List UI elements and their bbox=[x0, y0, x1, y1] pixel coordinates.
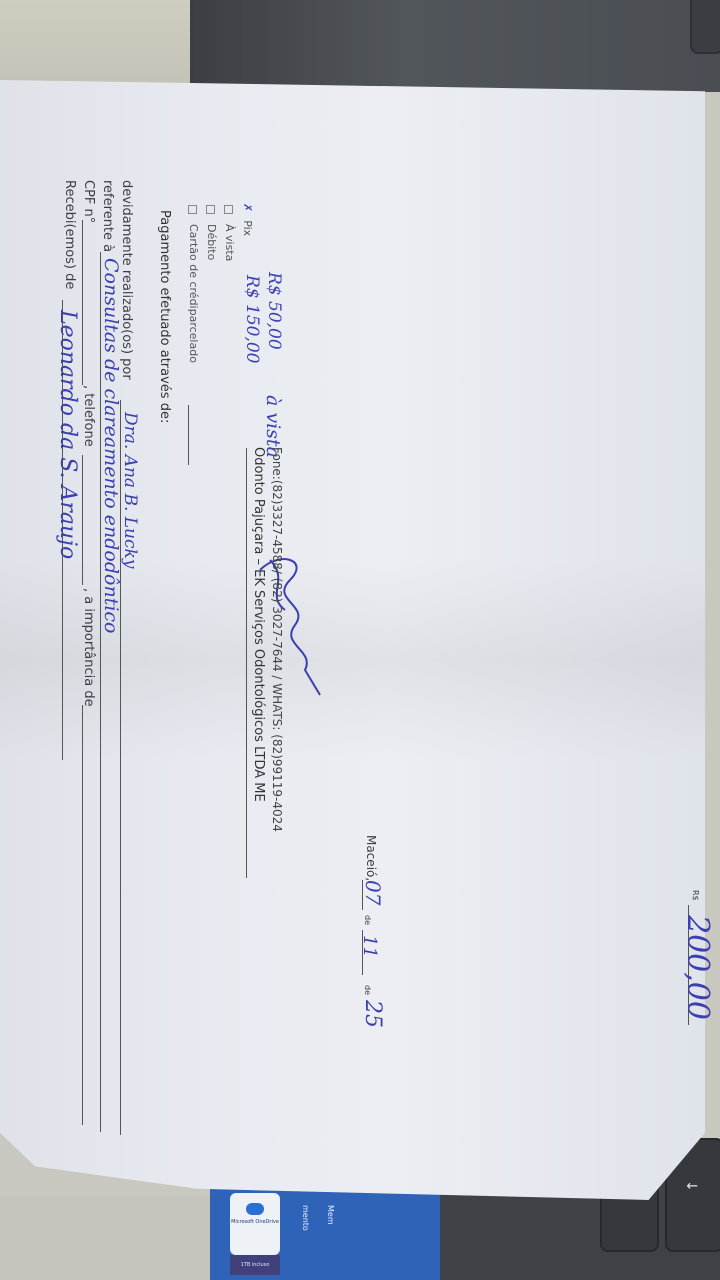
checkbox-debit[interactable] bbox=[207, 205, 216, 214]
company-name: Odonto Pajuçara – EK Serviços Odontológi… bbox=[251, 447, 266, 802]
keyboard-key bbox=[690, 0, 720, 54]
phone-label: , telefone bbox=[81, 385, 96, 447]
reference-label: referente à bbox=[100, 180, 115, 252]
card-text-2: Mem bbox=[326, 1205, 335, 1225]
payment-option-label: Cartão de crédiparcelado bbox=[187, 224, 200, 363]
date-day[interactable]: 07 bbox=[361, 880, 385, 905]
performed-by-value[interactable]: Dra. Ana B. Lucky bbox=[120, 412, 140, 568]
keyboard-top bbox=[190, 0, 720, 92]
cpf-line bbox=[82, 220, 83, 385]
signature-line bbox=[246, 448, 247, 878]
checkbox-credit[interactable] bbox=[189, 205, 198, 214]
card-text-1: mento bbox=[301, 1205, 310, 1231]
credit-installments-line bbox=[188, 405, 189, 465]
received-from-value[interactable]: Leonardo da S. Araujo bbox=[55, 310, 80, 559]
received-from-label: Recebi(emos) de bbox=[62, 180, 77, 289]
checkbox-cash[interactable] bbox=[225, 205, 234, 214]
payment-option-label: Débito bbox=[205, 224, 218, 260]
payment-heading: Pagamento efetuado através de: bbox=[157, 210, 172, 423]
cloud-icon bbox=[246, 1203, 264, 1215]
date-month[interactable]: 11 bbox=[359, 935, 380, 958]
company-phones: Fone:(82)3327-4588/ (82) 3027-7644 / WHA… bbox=[270, 447, 284, 832]
wall-background bbox=[0, 0, 200, 90]
amount-label: , a importância de bbox=[81, 588, 96, 707]
date-sep-1: de bbox=[363, 915, 372, 925]
date-year[interactable]: 25 bbox=[360, 1000, 385, 1028]
payment-option-label: À vista bbox=[223, 224, 236, 261]
checkbox-pix-checked-icon[interactable]: ✗ bbox=[241, 203, 254, 212]
amount-value[interactable]: 200,00 bbox=[680, 915, 715, 1020]
date-sep-2: de bbox=[363, 985, 372, 995]
payment-option-credit[interactable]: Cartão de crédiparcelado bbox=[187, 205, 200, 363]
onedrive-title: Microsoft OneDrive bbox=[231, 1219, 279, 1225]
pix-amount: R$ 150,00 bbox=[242, 275, 262, 364]
performed-by-label: devidamente realizado(os) por bbox=[119, 180, 134, 380]
currency-label: R$ bbox=[691, 890, 700, 901]
onedrive-subtitle: 1TB incluso bbox=[230, 1255, 280, 1275]
phone-line bbox=[82, 455, 83, 585]
payment-option-label: Pix bbox=[241, 220, 254, 236]
cpf-label: CPF n° bbox=[81, 180, 96, 223]
arrow-down-icon: ↓ bbox=[683, 1180, 699, 1192]
payment-option-debit[interactable]: Débito bbox=[205, 205, 218, 260]
cash-amount: R$ 50,00 bbox=[264, 272, 284, 350]
amount-line bbox=[82, 705, 83, 1125]
city-label: Maceió, bbox=[364, 835, 378, 881]
onedrive-tile: Microsoft OneDrive bbox=[230, 1193, 280, 1255]
table-surface bbox=[0, 1195, 210, 1280]
payment-option-pix[interactable]: ✗Pix bbox=[241, 203, 254, 236]
payment-option-cash[interactable]: À vista bbox=[223, 205, 236, 261]
